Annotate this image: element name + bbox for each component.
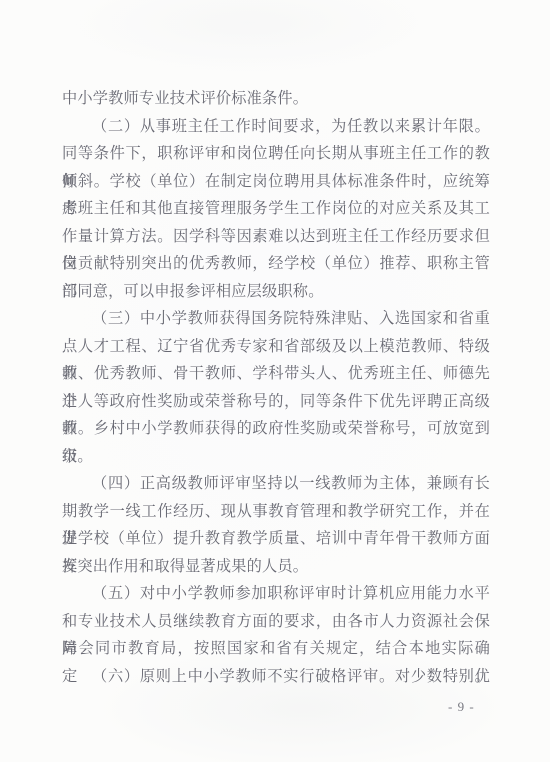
text-line: 作量计算方法。因学科等因素难以达到班主任工作经历要求但岗 xyxy=(62,223,490,251)
text-line: 门同意，可以申报参评相应层级职称。 xyxy=(62,278,490,306)
text-block: 中小学教师专业技术评价标准条件。（二）从事班主任工作时间要求，为任教以来累计年限… xyxy=(62,85,490,690)
text-line: 期教学一线工作经历、现从事教育管理和教学研究工作，并在促 xyxy=(62,498,490,526)
text-line: （三）中小学教师获得国务院特殊津贴、入选国家和省重 xyxy=(62,305,490,333)
document-page: 中小学教师专业技术评价标准条件。（二）从事班主任工作时间要求，为任教以来累计年限… xyxy=(0,0,550,762)
text-line: 同等条件下，职称评审和岗位聘任向长期从事班主任工作的教师 xyxy=(62,140,490,168)
text-line: 局会同市教育局，按照国家和省有关规定，结合本地实际确定。 xyxy=(62,635,490,663)
text-line: （五）对中小学教师参加职称评审时计算机应用能力水平 xyxy=(62,580,490,608)
text-line: 师。乡村中小学教师获得的政府性奖励或荣誉称号，可放宽到市 xyxy=(62,415,490,443)
text-line: 倾斜。学校（单位）在制定岗位聘用具体标准条件时，应统筹考 xyxy=(62,168,490,196)
text-line: 和专业技术人员继续教育方面的要求，由各市人力资源社会保障 xyxy=(62,608,490,636)
text-line: 虑班主任和其他直接管理服务学生工作岗位的对应关系及其工 xyxy=(62,195,490,223)
text-line: 师、优秀教师、骨干教师、学科带头人、优秀班主任、师德先进 xyxy=(62,360,490,388)
text-line: 挥突出作用和取得显著成果的人员。 xyxy=(62,553,490,581)
text-line: （四）正高级教师评审坚持以一线教师为主体，兼顾有长 xyxy=(62,470,490,498)
text-line: 点人才工程、辽宁省优秀专家和省部级及以上模范教师、特级教 xyxy=(62,333,490,361)
text-line: 个人等政府性奖励或荣誉称号的，同等条件下优先评聘正高级教 xyxy=(62,388,490,416)
text-line: 级。 xyxy=(62,443,490,471)
text-line: 中小学教师专业技术评价标准条件。 xyxy=(62,85,490,113)
text-line: 位贡献特别突出的优秀教师，经学校（单位）推荐、职称主管部 xyxy=(62,250,490,278)
page-number: - 9 - xyxy=(448,699,475,715)
text-line: （六）原则上中小学教师不实行破格评审。对少数特别优 xyxy=(62,663,490,691)
text-line: 进学校（单位）提升教育教学质量、培训中青年骨干教师方面发 xyxy=(62,525,490,553)
text-line: （二）从事班主任工作时间要求，为任教以来累计年限。 xyxy=(62,113,490,141)
